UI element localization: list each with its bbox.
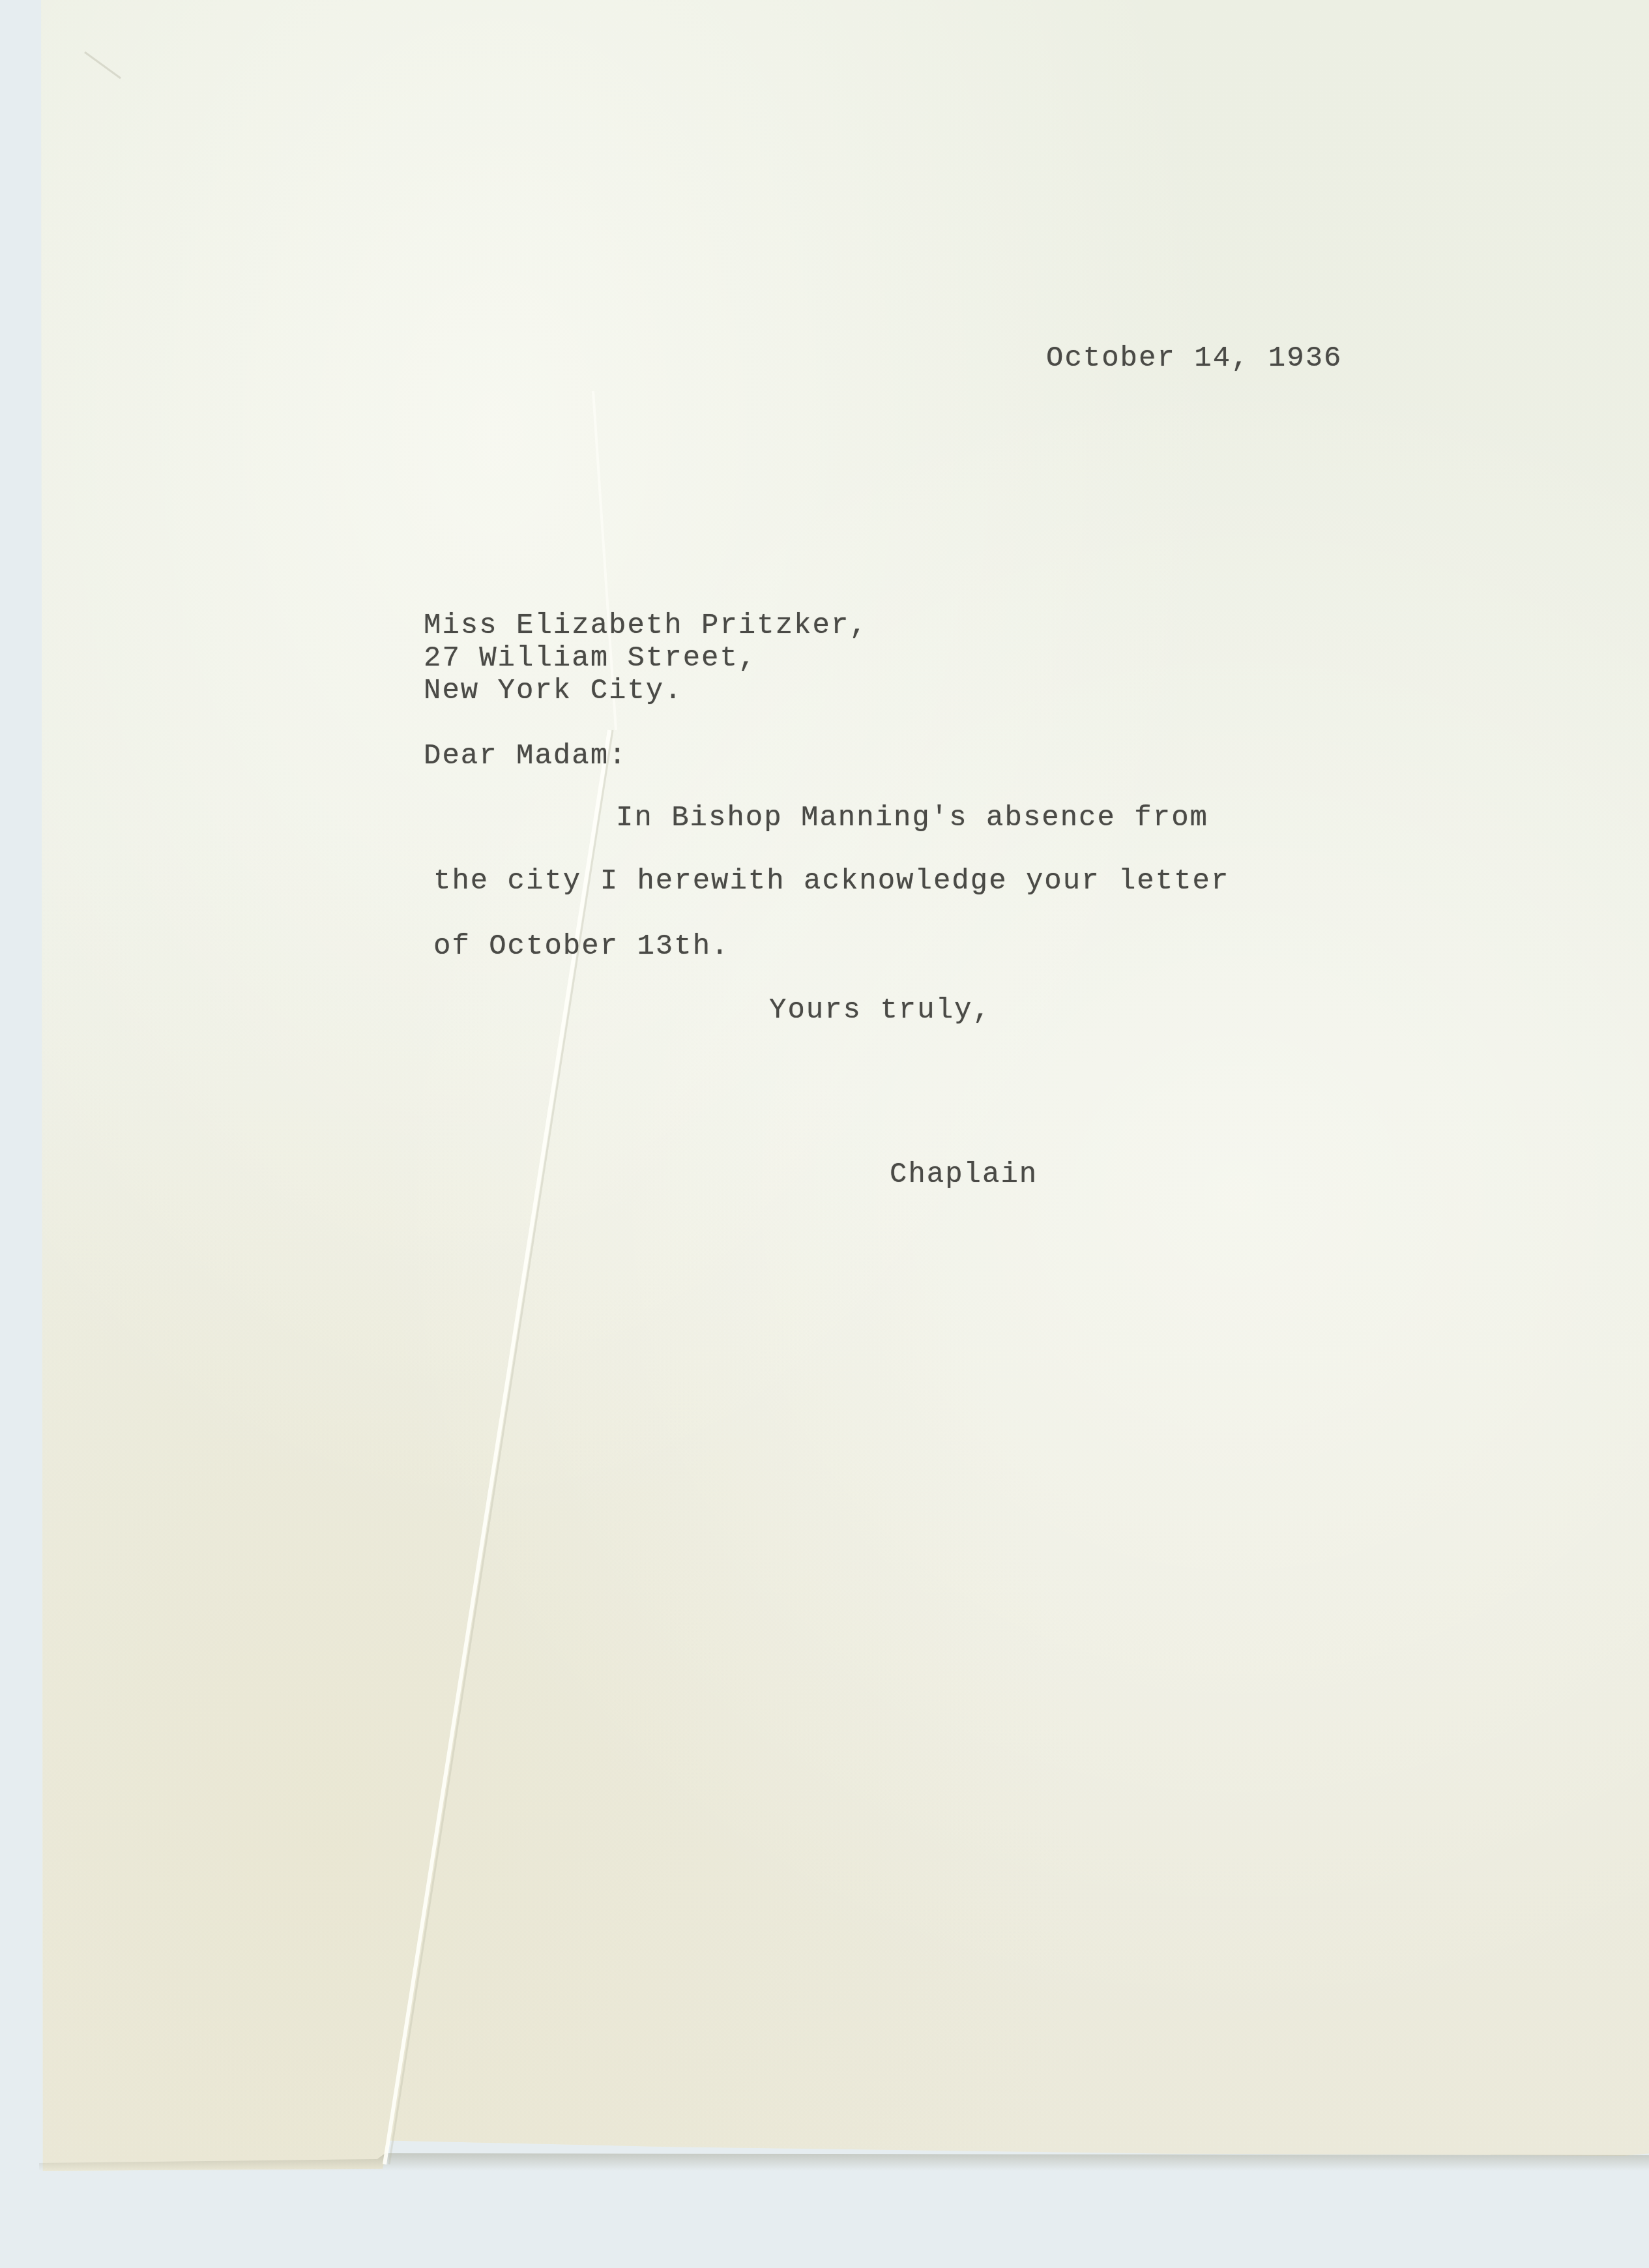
- signature-title: Chaplain: [890, 1160, 1038, 1189]
- recipient-street: 27 William Street,: [424, 644, 757, 673]
- recipient-name: Miss Elizabeth Pritzker,: [424, 611, 868, 640]
- body-line-1: In Bishop Manning's absence from: [616, 804, 1208, 832]
- letter-paper: [0, 0, 1649, 2171]
- recipient-city: New York City.: [424, 677, 683, 705]
- letter-date: October 14, 1936: [1046, 344, 1342, 373]
- body-line-3: of October 13th.: [433, 932, 729, 961]
- closing: Yours truly,: [769, 996, 991, 1025]
- body-line-2: the city I herewith acknowledge your let…: [433, 867, 1229, 896]
- salutation: Dear Madam:: [424, 742, 627, 771]
